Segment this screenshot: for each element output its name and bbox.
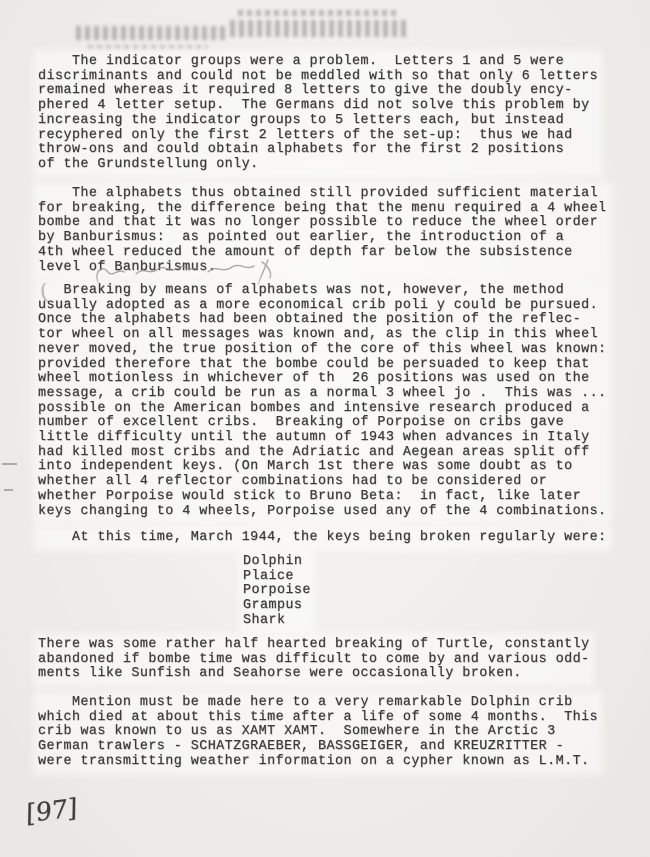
handwritten-page-number: [97] xyxy=(26,793,77,829)
paragraph-keys-leadin: At this time, March 1944, the keys being… xyxy=(38,531,607,546)
stray-margin-mark-1 xyxy=(2,463,17,465)
scanned-document-page: The indicator groups were a problem. Let… xyxy=(0,0,650,857)
paragraph-indicator-groups: The indicator groups were a problem. Let… xyxy=(38,55,598,173)
paragraph-dolphin-crib: Mention must be made here to a very rema… xyxy=(38,696,598,770)
faded-stamp-left-text-row xyxy=(76,26,226,40)
faded-stamp-left xyxy=(76,24,228,54)
faded-stamp-right-text-row xyxy=(230,20,408,37)
faded-stamp-right xyxy=(230,10,410,50)
paragraph-breaking-by-alphabets: Breaking by means of alphabets was not, … xyxy=(38,284,607,519)
handwritten-annotation-scribble xyxy=(92,258,282,286)
keys-broken-list: Dolphin Plaice Porpoise Grampus Shark xyxy=(243,555,311,629)
faded-stamp-left-underline xyxy=(88,45,208,49)
stray-margin-mark-2 xyxy=(4,489,13,491)
faded-stamp-right-top-row xyxy=(238,10,398,16)
paragraph-turtle-breaking: There was some rather half hearted break… xyxy=(38,638,590,682)
